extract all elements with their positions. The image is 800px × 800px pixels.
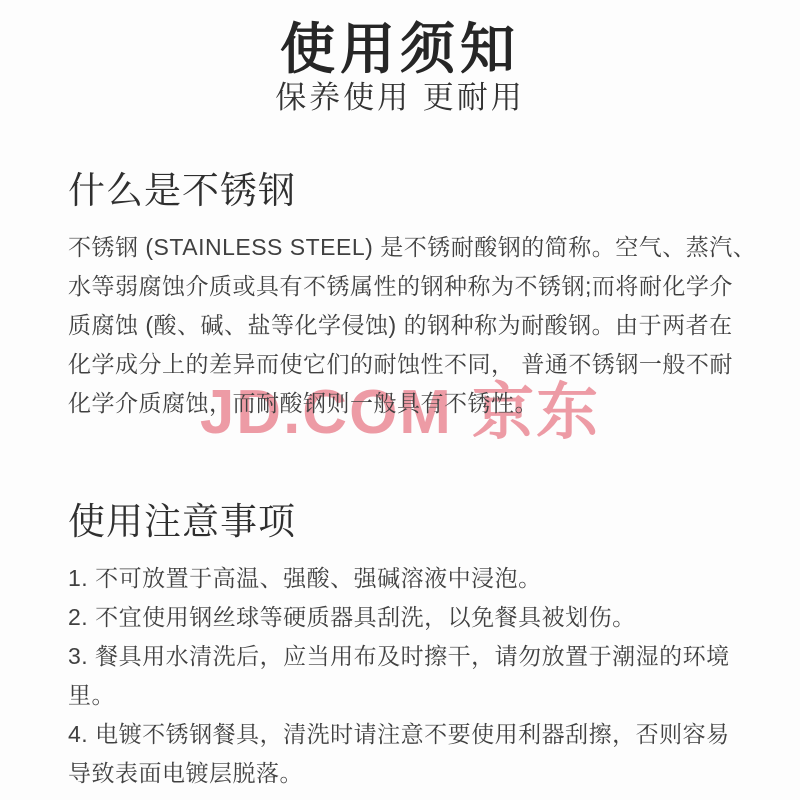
precaution-item-2: 2. 不宜使用钢丝球等硬质器具刮洗，以免餐具被划伤。: [68, 598, 770, 637]
page-content: 使用须知 保养使用 更耐用 什么是不锈钢 不锈钢 (STAINLESS STEE…: [68, 18, 770, 793]
page-subtitle: 保养使用 更耐用: [68, 80, 732, 116]
section-heading-usage-precautions: 使用注意事项: [68, 499, 770, 545]
section-heading-what-is-stainless-steel: 什么是不锈钢: [68, 168, 770, 214]
section-usage-precautions: 使用注意事项 1. 不可放置于高温、强酸、强碱溶液中浸泡。 2. 不宜使用钢丝球…: [68, 499, 770, 793]
precaution-item-3: 3. 餐具用水清洗后，应当用布及时擦干，请勿放置于潮湿的环境 里。: [68, 637, 770, 715]
page-title: 使用须知: [68, 18, 732, 80]
precaution-item-4: 4. 电镀不锈钢餐具，清洗时请注意不要使用利器刮擦，否则容易 导致表面电镀层脱落…: [68, 715, 770, 793]
stainless-steel-description: 不锈钢 (STAINLESS STEEL) 是不锈耐酸钢的简称。空气、蒸汽、 水…: [68, 228, 770, 423]
section-what-is-stainless-steel: 什么是不锈钢 不锈钢 (STAINLESS STEEL) 是不锈耐酸钢的简称。空…: [68, 168, 770, 423]
precautions-list: 1. 不可放置于高温、强酸、强碱溶液中浸泡。 2. 不宜使用钢丝球等硬质器具刮洗…: [68, 559, 770, 793]
usage-notice-page: JD.COM 京东 使用须知 保养使用 更耐用 什么是不锈钢 不锈钢 (STAI…: [0, 0, 800, 800]
precaution-item-1: 1. 不可放置于高温、强酸、强碱溶液中浸泡。: [68, 559, 770, 598]
page-header: 使用须知 保养使用 更耐用: [68, 18, 770, 116]
